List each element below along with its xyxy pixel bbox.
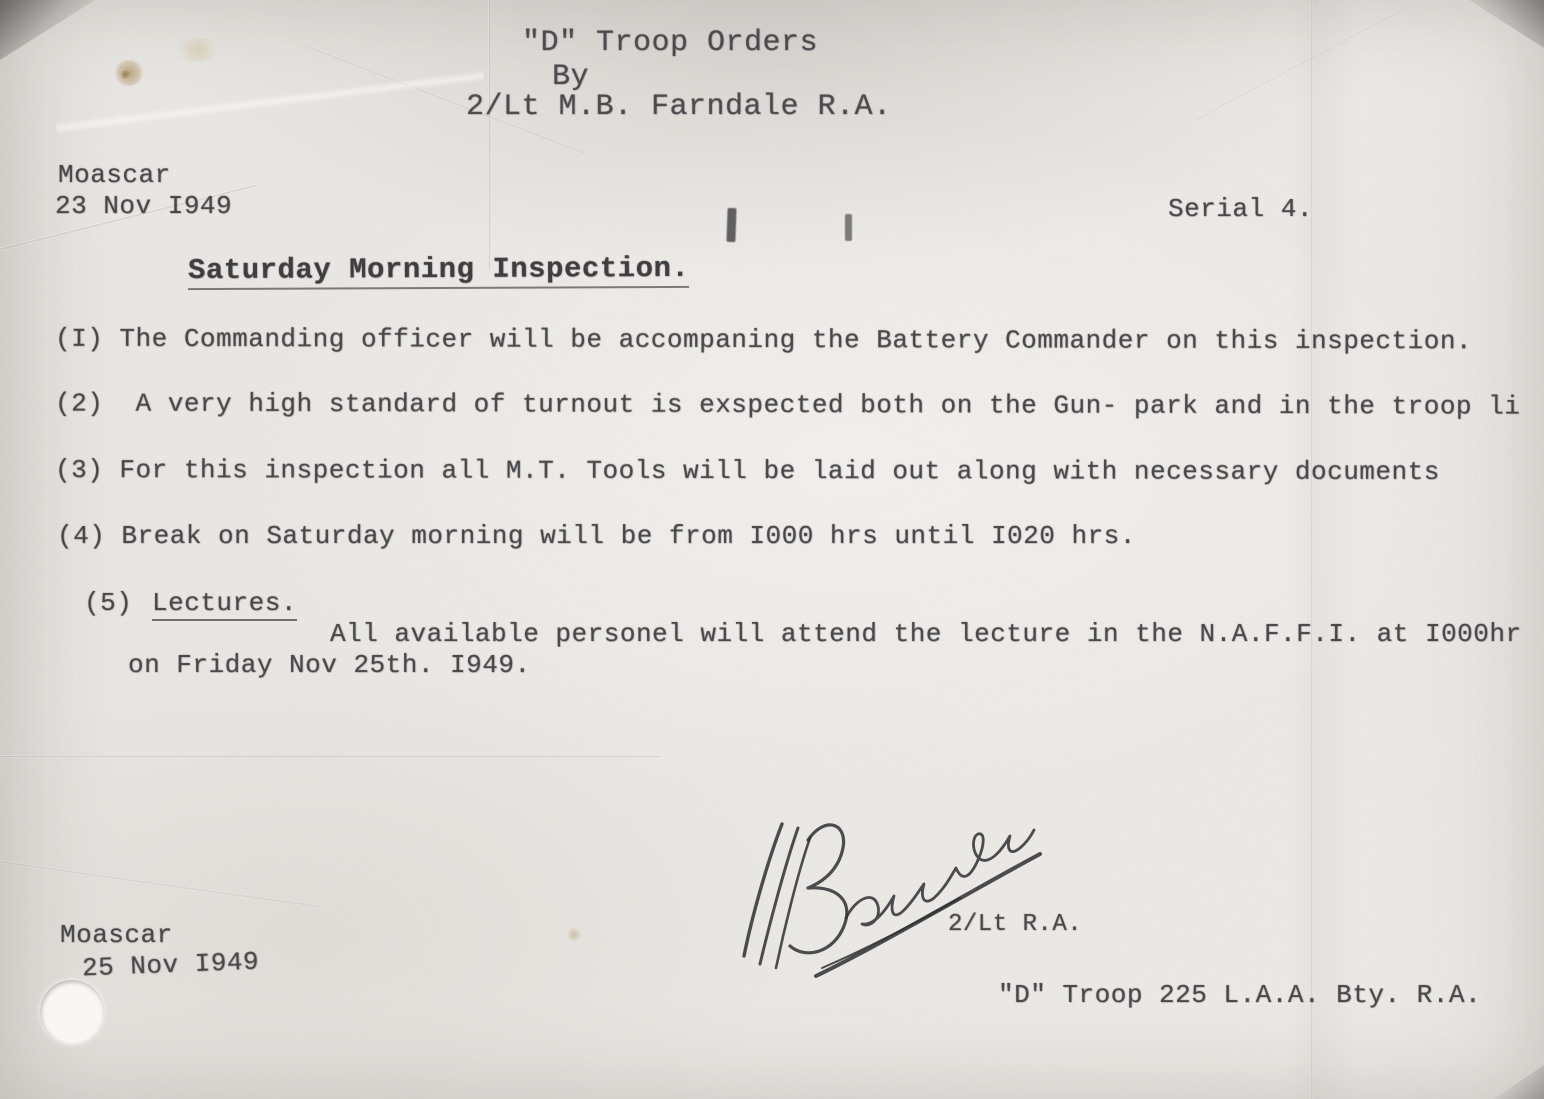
crease-vertical-right: [1310, 0, 1313, 1099]
rust-stain: [114, 60, 144, 86]
small-spot: [566, 928, 582, 941]
order-item-5-number: (5): [84, 588, 132, 618]
rank-label: 2/Lt R.A.: [948, 910, 1082, 940]
signature-handwritten-farndale: [728, 798, 1048, 978]
binding-mark-right: [845, 214, 852, 241]
date-bottom: 25 Nov I949: [81, 947, 259, 984]
date-top: 23 Nov I949: [55, 191, 232, 221]
crease-diagonal-bottomleft: [0, 859, 319, 908]
order-item-2: (2) A very high standard of turnout is e…: [55, 388, 1520, 421]
order-item-3: (3) For this inspection all M.T. Tools w…: [55, 455, 1440, 487]
doc-author-line: 2/Lt M.B. Farndale R.A.: [466, 92, 892, 122]
order-item-5-label: Lectures.: [152, 588, 297, 621]
crease-horizontal-mid: [0, 755, 660, 758]
crease-diagonal-topright: [1194, 1, 1416, 121]
corner-shade-topright: [1469, 0, 1544, 48]
serial-label: Serial 4.: [1168, 194, 1313, 224]
place-top: Moascar: [58, 160, 171, 190]
binding-mark-left: [726, 208, 736, 242]
order-item-4: (4) Break on Saturday morning will be fr…: [57, 521, 1136, 551]
crease-highlight-top: [56, 70, 484, 134]
section-heading: Saturday Morning Inspection.: [188, 254, 689, 290]
order-item-5-line2: on Friday Nov 25th. I949.: [128, 650, 531, 680]
order-item-1: (I) The Commanding officer will be accom…: [55, 324, 1472, 356]
place-bottom: Moascar: [60, 920, 173, 950]
doc-title-line2: By: [552, 62, 589, 92]
scanned-document-page: "D" Troop Orders By 2/Lt M.B. Farndale R…: [0, 0, 1544, 1099]
corner-shade-topleft: [0, 0, 95, 60]
hole-punch: [40, 980, 104, 1044]
unit-label: "D" Troop 225 L.A.A. Bty. R.A.: [998, 980, 1481, 1010]
order-item-5-line1: All available personel will attend the l…: [330, 619, 1522, 649]
doc-title-line1: "D" Troop Orders: [522, 28, 818, 58]
yellow-smudge: [175, 38, 221, 62]
crease-vertical-top: [488, 0, 491, 270]
rust-stain-dot: [120, 70, 130, 79]
corner-shade-bottomright: [1494, 1065, 1544, 1099]
